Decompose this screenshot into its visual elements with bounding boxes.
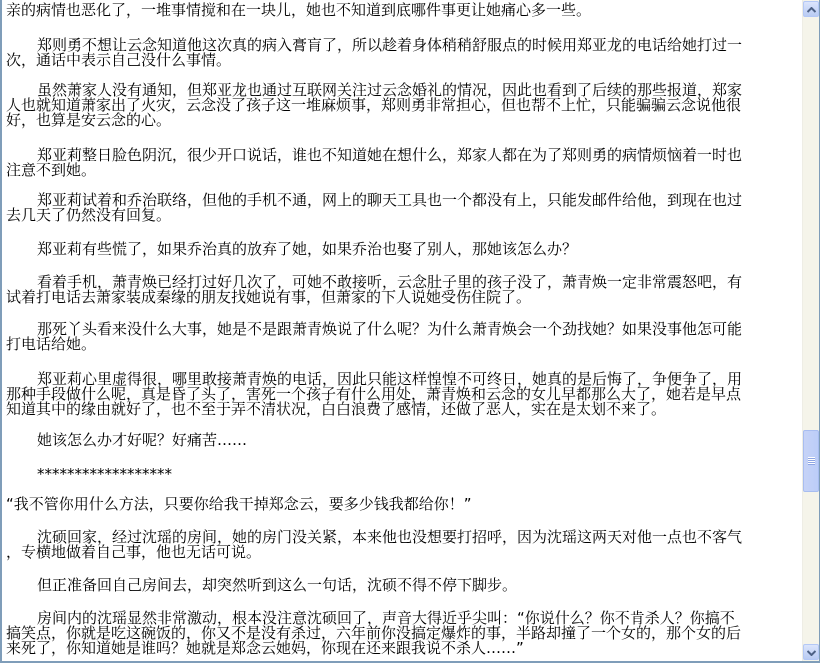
scroll-down-button[interactable] [803, 644, 819, 660]
vertical-scrollbar[interactable] [802, 0, 819, 661]
document-window: 亲的病情也恶化了，一堆事情搅和在一块儿，她也不知道到底哪件事更让她痛心多一些。郑… [0, 0, 820, 663]
text-line: “我不管你用什么方法，只要你给我干掉郑念云，要多少钱我都给你！” [6, 497, 790, 512]
paragraph: 沈硕回家，经过沈瑶的房间，她的房门没关紧，本来他也没想要打招呼，因为沈瑶这两天对… [6, 530, 790, 560]
paragraph: 郑则勇不想让云念知道他这次真的病入膏肓了，所以趁着身体稍稍舒服点的时候用郑亚龙的… [6, 38, 790, 68]
text-line: 郑亚莉整日脸色阴沉，很少开口说话，谁也不知道她在想什么，郑家人都在为了郑则勇的病… [6, 148, 790, 163]
paragraph: 郑亚莉整日脸色阴沉，很少开口说话，谁也不知道她在想什么，郑家人都在为了郑则勇的病… [6, 148, 790, 178]
paragraph: 郑亚莉有些慌了，如果乔治真的放弃了她，如果乔治也娶了别人，那她该怎么办？ [6, 242, 790, 257]
text-line: 亲的病情也恶化了，一堆事情搅和在一块儿，她也不知道到底哪件事更让她痛心多一些。 [6, 3, 790, 18]
text-line: ，专横地做着自己事，他也无话可说。 [6, 545, 790, 560]
paragraph: “我不管你用什么方法，只要你给我干掉郑念云，要多少钱我都给你！” [6, 497, 790, 512]
paragraph: 虽然萧家人没有通知，但郑亚龙也通过互联网关注过云念婚礼的情况，因此也看到了后续的… [6, 83, 790, 128]
scroll-thumb[interactable] [803, 430, 819, 492]
chevron-up-icon [807, 0, 816, 18]
paragraph: 但正准备回自己房间去，却突然听到这么一句话，沈硕不得不停下脚步。 [6, 578, 790, 593]
scroll-up-button[interactable] [803, 1, 819, 17]
text-line: 但正准备回自己房间去，却突然听到这么一句话，沈硕不得不停下脚步。 [6, 578, 790, 593]
paragraph: 那死丫头看来没什么大事，她是不是跟萧青焕说了什么呢？为什么萧青焕会一个劲找她？如… [6, 322, 790, 352]
paragraph: ****************** [6, 467, 790, 482]
paragraph: 郑亚莉心里虚得很，哪里敢接萧青焕的电话，因此只能这样惶惶不可终日，她真的是后悔了… [6, 372, 790, 417]
text-line: 去几天了仍然没有回复。 [6, 208, 790, 223]
text-line: 试着打电话去萧家装成秦缘的朋友找她说有事，但萧家的下人说她受伤住院了。 [6, 290, 790, 305]
text-line: 那死丫头看来没什么大事，她是不是跟萧青焕说了什么呢？为什么萧青焕会一个劲找她？如… [6, 322, 790, 337]
paragraph: 亲的病情也恶化了，一堆事情搅和在一块儿，她也不知道到底哪件事更让她痛心多一些。 [6, 3, 790, 18]
text-line: 打电话给她。 [6, 337, 790, 352]
paragraph: 房间内的沈瑶显然非常激动，根本没注意沈硕回了，声音大得近乎尖叫：“你说什么？你不… [6, 611, 790, 656]
text-line: 郑亚莉有些慌了，如果乔治真的放弃了她，如果乔治也娶了别人，那她该怎么办？ [6, 242, 790, 257]
chevron-down-icon [807, 643, 816, 661]
text-line: 注意不到她。 [6, 163, 790, 178]
document-text-area: 亲的病情也恶化了，一堆事情搅和在一块儿，她也不知道到底哪件事更让她痛心多一些。郑… [6, 0, 790, 661]
text-line: 知道其中的缘由就好了，也不至于弄不清状况，白白浪费了感情，还做了恶人，实在是太划… [6, 402, 790, 417]
text-line: ****************** [6, 467, 790, 482]
text-line: 好，也算是安云念的心。 [6, 113, 790, 128]
text-line: 来死了，你知道她是谁吗？她就是郑念云她妈，你现在还来跟我说不杀人……” [6, 641, 790, 656]
text-line: 次，通话中表示自己没什么事情。 [6, 53, 790, 68]
grip-icon [808, 457, 815, 465]
paragraph: 郑亚莉试着和乔治联络，但他的手机不通，网上的聊天工具也一个都没有上，只能发邮件给… [6, 193, 790, 223]
paragraph: 她该怎么办才好呢？好痛苦…… [6, 433, 790, 448]
paragraph: 看着手机，萧青焕已经打过好几次了，可她不敢接听，云念肚子里的孩子没了，萧青焕一定… [6, 275, 790, 305]
text-line: 她该怎么办才好呢？好痛苦…… [6, 433, 790, 448]
